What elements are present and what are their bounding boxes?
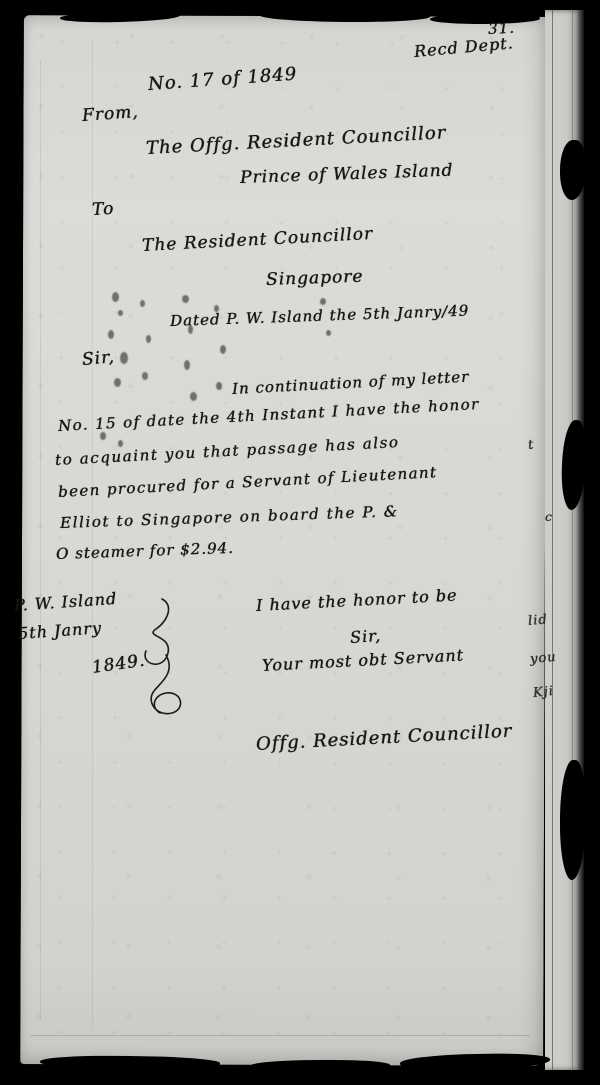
margin-fragment: c [545, 510, 553, 524]
signature-flourish [120, 595, 200, 730]
salutation: Sir, [81, 347, 115, 370]
margin-fragment: Kji [532, 684, 554, 701]
closing-sir: Sir, [349, 626, 381, 647]
to-label: To [91, 199, 114, 220]
margin-fragment: lid [527, 612, 548, 629]
fold-crease [30, 1035, 530, 1036]
from-label: From, [81, 102, 139, 126]
fold-crease [40, 60, 41, 1020]
page-edge-line [552, 10, 553, 1070]
torn-edge [250, 1060, 390, 1072]
scanned-letter-page: 31. Recd Dept. No. 17 of 1849 From, The … [0, 0, 600, 1085]
fold-crease [92, 40, 93, 1030]
to-place: Singapore [266, 267, 364, 290]
margin-fragment: you [529, 650, 557, 667]
